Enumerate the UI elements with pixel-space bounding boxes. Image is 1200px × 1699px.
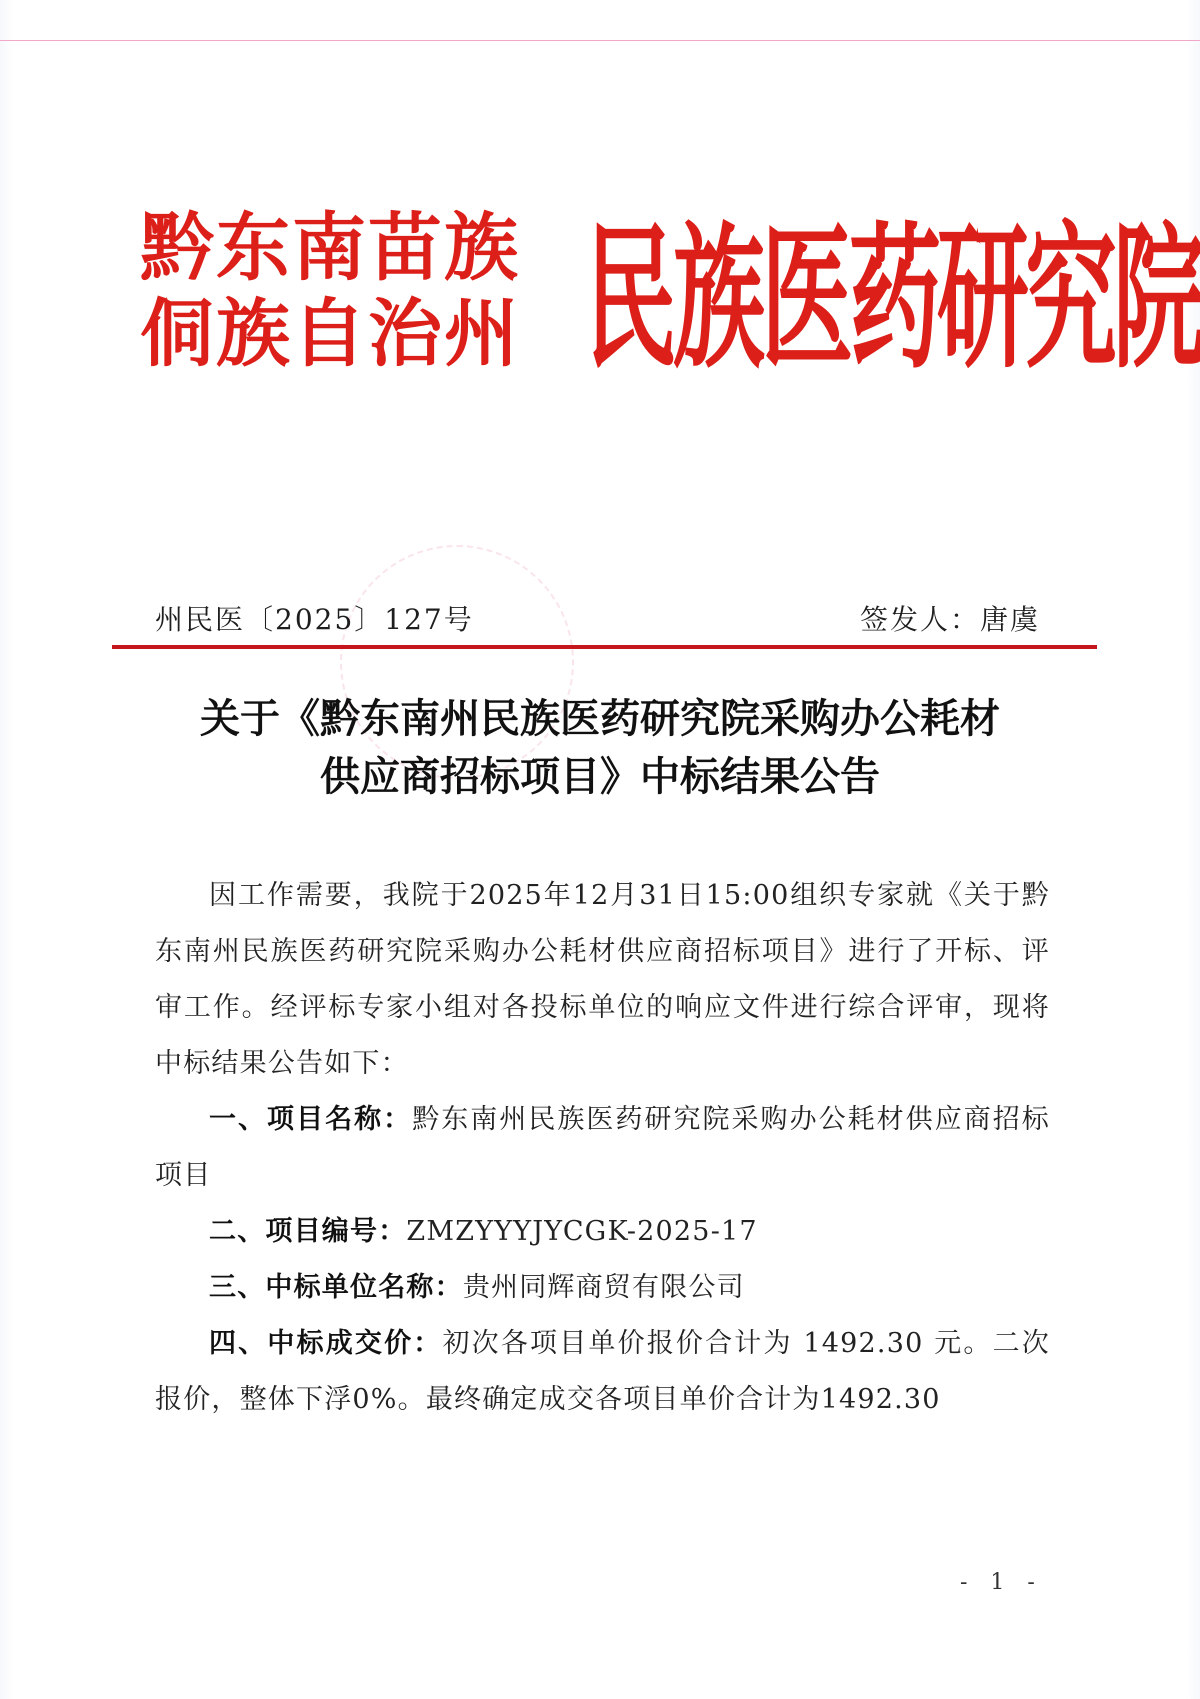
masthead-right-text: 民族医药研究院文件 [585,139,1200,462]
red-masthead: 黔东南苗族 侗族自治州 民族医药研究院文件 [140,205,1070,395]
scan-top-line [0,40,1200,41]
item-label: 三、中标单位名称： [209,1272,463,1303]
item-winning-bidder: 三、中标单位名称：贵州同辉商贸有限公司 [155,1260,1050,1316]
intro-paragraph: 因工作需要，我院于2025年12月31日15:00组织专家就《关于黔东南州民族医… [155,868,1050,1092]
item-value: ZMZYYYJYCGK-2025-17 [406,1216,757,1247]
item-label: 二、项目编号： [209,1216,406,1247]
masthead-line-2: 侗族自治州 [140,291,580,377]
page-number: - 1 - [960,1570,1043,1595]
title-line-2: 供应商招标项目》中标结果公告 [120,748,1080,806]
signer: 签发人：唐虞 [860,598,1040,638]
item-value: 贵州同辉商贸有限公司 [463,1272,745,1303]
item-label: 四、中标成交价： [209,1328,442,1359]
document-title: 关于《黔东南州民族医药研究院采购办公耗材 供应商招标项目》中标结果公告 [120,690,1080,806]
masthead-prefecture-name: 黔东南苗族 侗族自治州 [140,205,580,377]
item-project-name: 一、项目名称：黔东南州民族医药研究院采购办公耗材供应商招标项目 [155,1092,1050,1204]
signer-name: 唐虞 [980,603,1040,636]
red-divider-rule [112,645,1097,649]
document-number: 州民医〔2025〕127号 [155,598,474,638]
document-body: 因工作需要，我院于2025年12月31日15:00组织专家就《关于黔东南州民族医… [155,868,1050,1428]
scan-edge-left [0,0,14,1699]
masthead-line-1: 黔东南苗族 [140,205,580,291]
masthead-institute-name: 民族医药研究院文件 [585,205,1075,395]
title-line-1: 关于《黔东南州民族医药研究院采购办公耗材 [120,690,1080,748]
item-label: 一、项目名称： [209,1104,412,1135]
signer-label: 签发人： [860,603,980,636]
item-project-number: 二、项目编号：ZMZYYYJYCGK-2025-17 [155,1204,1050,1260]
item-winning-price: 四、中标成交价：初次各项目单价报价合计为 1492.30 元。二次报价，整体下浮… [155,1316,1050,1428]
